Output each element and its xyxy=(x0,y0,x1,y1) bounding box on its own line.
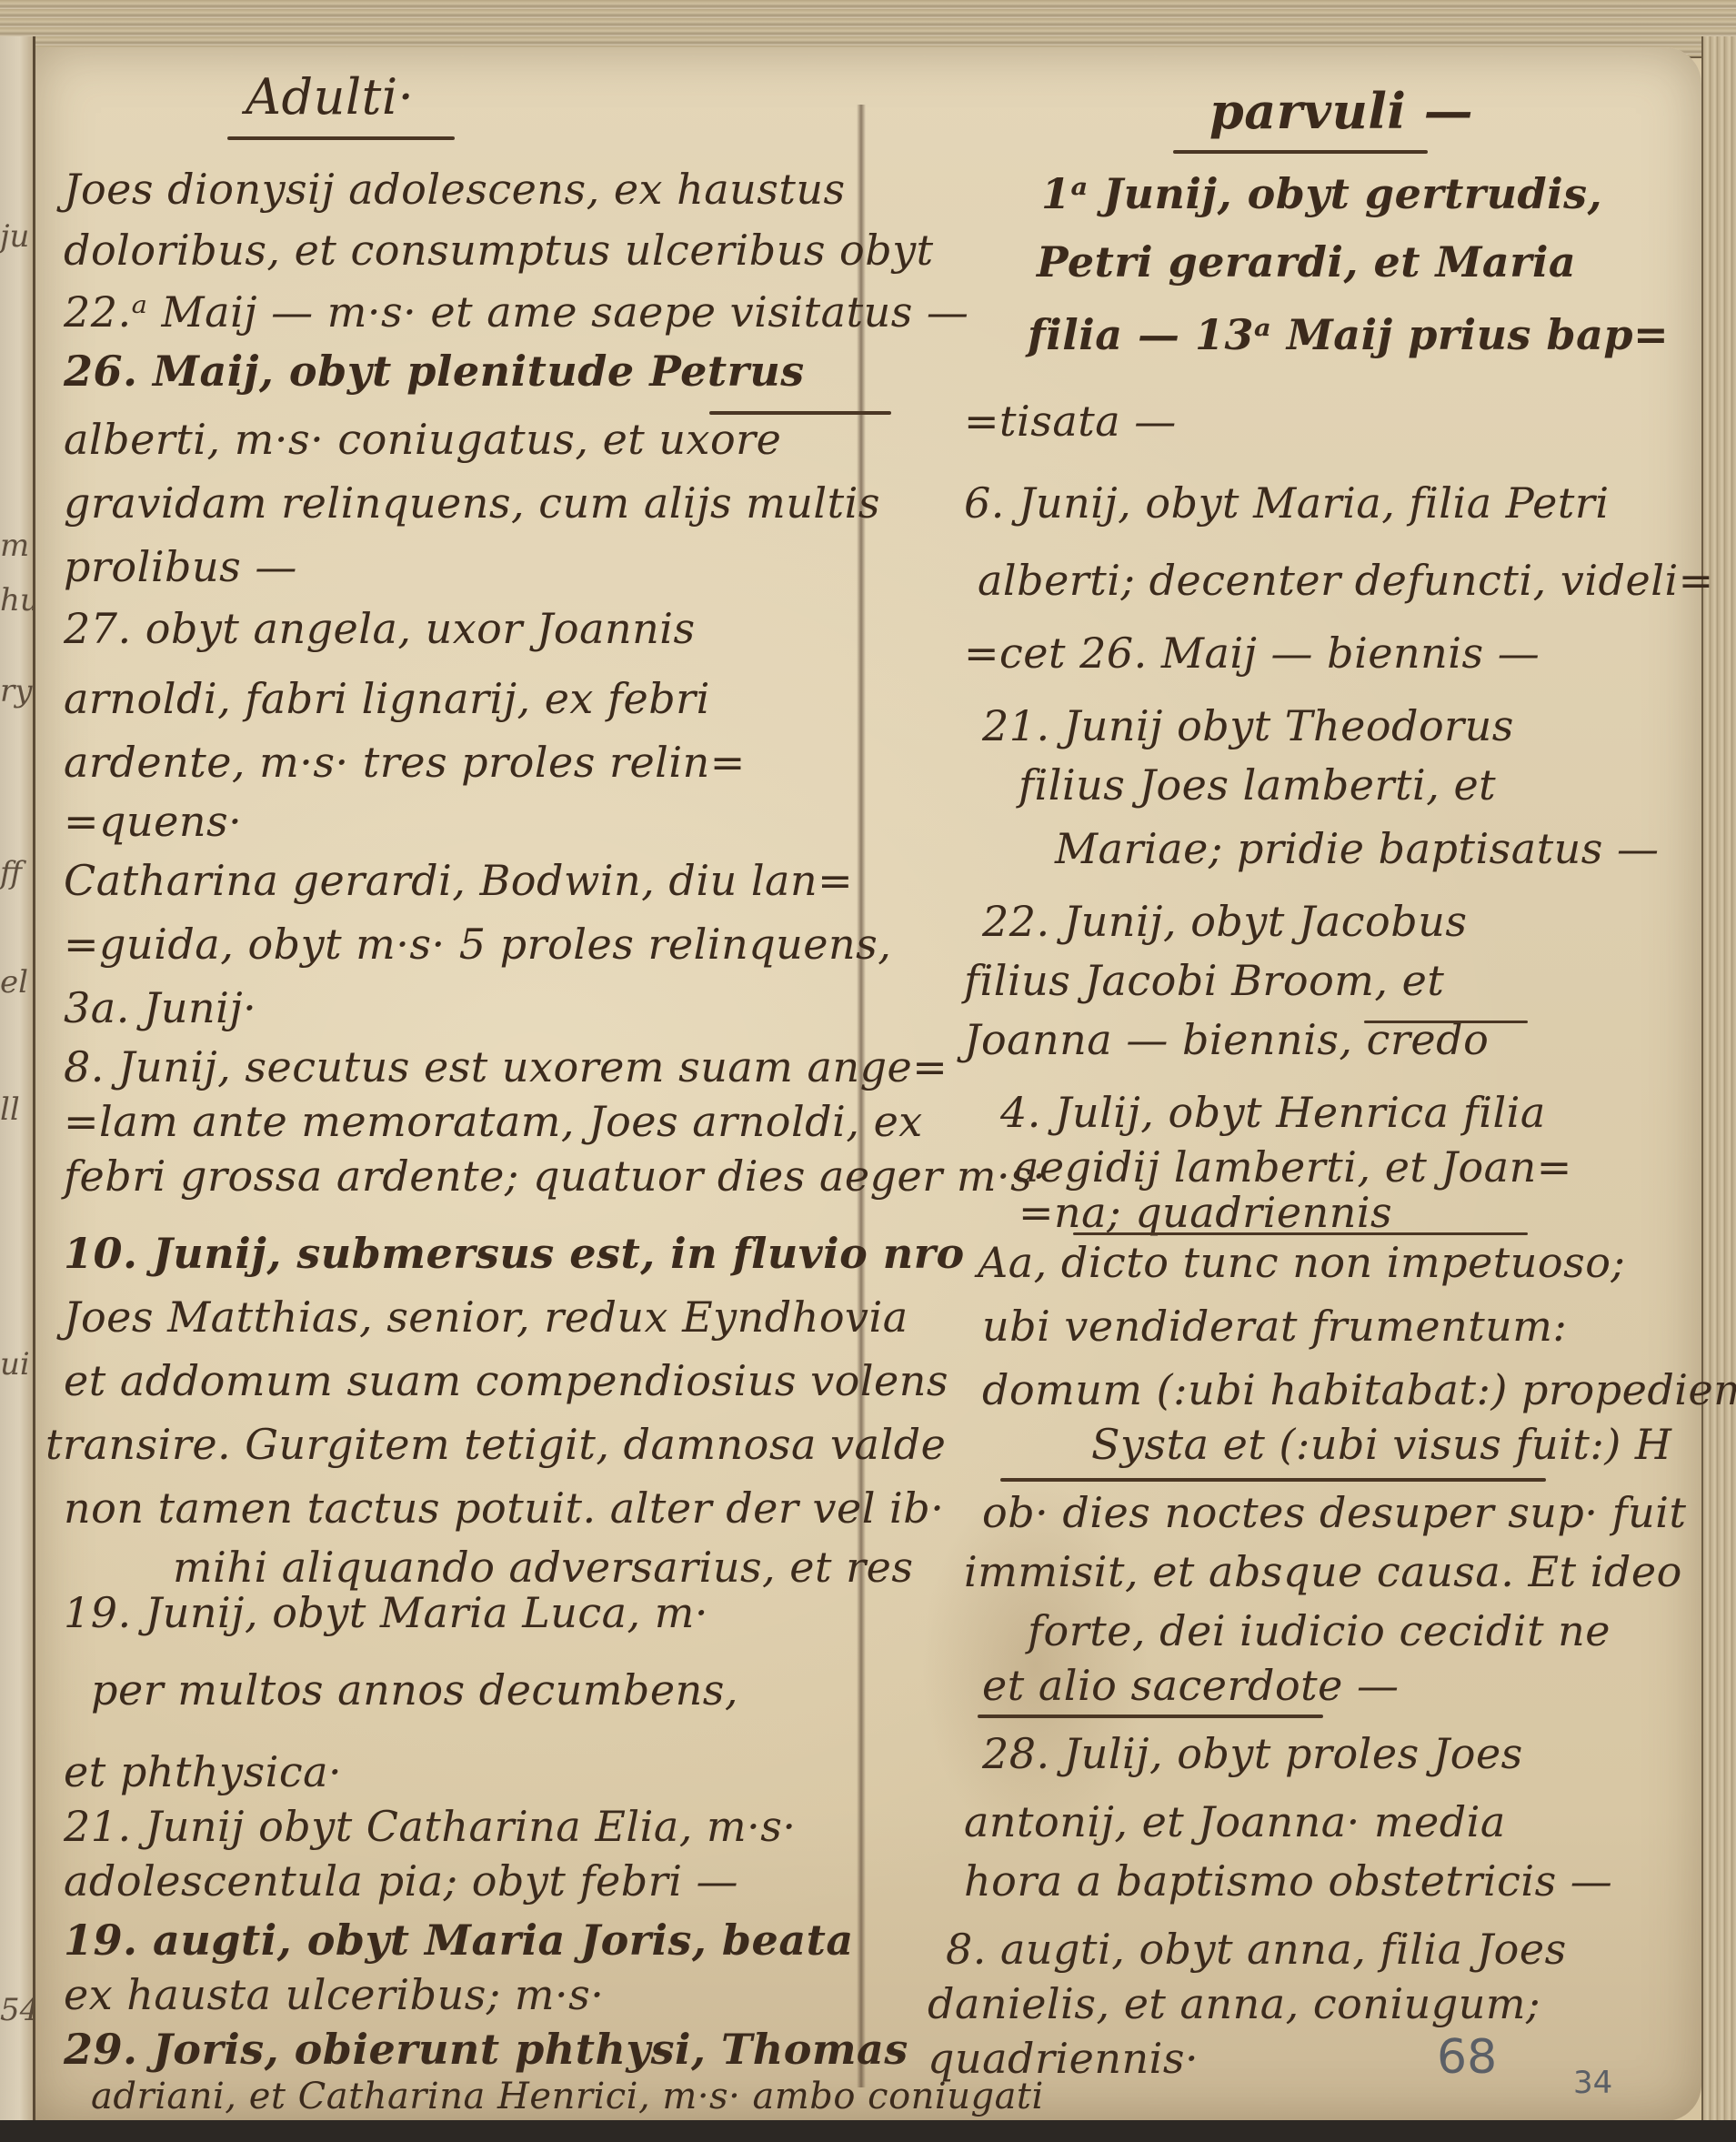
entry-line: Systa et (:ubi visus fuit:) H xyxy=(1091,1423,1672,1465)
entry-line: Mariae; pridie baptisatus — xyxy=(1055,828,1660,870)
entry-line: quadriennis· xyxy=(928,2037,1199,2079)
entry-line: adriani, et Catharina Henrici, m·s· ambo… xyxy=(91,2078,1044,2115)
entry-line: =tisata — xyxy=(964,400,1177,442)
entry-line: Catharina gerardi, Bodwin, diu lan= xyxy=(64,860,853,901)
entry-line: Joanna — biennis, credo xyxy=(964,1019,1489,1061)
entry-line: =guida, obyt m·s· 5 proles relinquens, xyxy=(64,923,891,965)
entry-line: 19. augti, obyt Maria Joris, beata xyxy=(64,1919,854,1961)
entry-line: immisit, et absque causa. Et ideo xyxy=(964,1551,1682,1593)
entry-line: transire. Gurgitem tetigit, damnosa vald… xyxy=(45,1423,946,1465)
entry-line: =quens· xyxy=(64,800,242,842)
entry-line: adolescentula pia; obyt febri — xyxy=(64,1860,738,1902)
separator-rule xyxy=(1000,1478,1546,1482)
entry-line: 21. Junij obyt Theodorus xyxy=(982,705,1514,747)
column-divider xyxy=(857,105,866,2087)
entry-line: 8. Junij, secutus est uxorem suam ange= xyxy=(64,1046,948,1088)
entry-line: et addomum suam compendiosius volens xyxy=(64,1360,948,1402)
entry-line: 28. Julij, obyt proles Joes xyxy=(982,1733,1523,1775)
entry-line: ubi vendiderat frumentum: xyxy=(982,1305,1567,1347)
page-number-secondary: 34 xyxy=(1573,2065,1612,2101)
entry-line: 27. obyt angela, uxor Joannis xyxy=(64,608,696,649)
entry-line: =cet 26. Maij — biennis — xyxy=(964,632,1540,674)
entry-line: Joes Matthias, senior, redux Eyndhovia xyxy=(64,1296,908,1338)
entry-line: hora a baptismo obstetricis — xyxy=(964,1860,1612,1902)
entry-line: per multos annos decumbens, xyxy=(91,1669,738,1711)
entry-line: ob· dies noctes desuper sup· fuit xyxy=(982,1492,1686,1534)
entry-line: 1ᵃ Junij, obyt gertrudis, xyxy=(1041,173,1602,215)
entry-line: alberti, m·s· coniugatus, et uxore xyxy=(64,418,781,460)
parvuli-heading: parvuli — xyxy=(1209,86,1473,136)
entry-line: non tamen tactus potuit. alter der vel i… xyxy=(64,1487,944,1529)
entry-line: filius Joes lamberti, et xyxy=(1019,764,1496,806)
entry-line: 8. augti, obyt anna, filia Joes xyxy=(946,1928,1567,1970)
entry-line: et phthysica· xyxy=(64,1751,342,1793)
heading-underline xyxy=(1173,150,1428,154)
entry-line: domum (:ubi habitabat:) propediem xyxy=(982,1369,1736,1411)
entry-line: =lam ante memoratam, Joes arnoldi, ex xyxy=(64,1101,923,1142)
entry-line: gravidam relinquens, cum alijs multis xyxy=(64,482,880,524)
page-block-right-edge xyxy=(1701,36,1736,2128)
entry-line: 4. Julij, obyt Henrica filia xyxy=(1000,1091,1546,1133)
entry-line: 22.ᵃ Maij — m·s· et ame saepe visitatus … xyxy=(64,291,968,333)
entry-line: arnoldi, fabri lignarij, ex febri xyxy=(64,678,710,719)
entry-line: ardente, m·s· tres proles relin= xyxy=(64,741,746,783)
entry-line: 26. Maij, obyt plenitude Petrus xyxy=(64,350,805,392)
entry-line: 6. Junij, obyt Maria, filia Petri xyxy=(964,482,1610,524)
entry-line: 19. Junij, obyt Maria Luca, m· xyxy=(64,1592,708,1634)
entry-line: ex hausta ulceribus; m·s· xyxy=(64,1974,604,2016)
entry-line: doloribus, et consumptus ulceribus obyt xyxy=(64,229,934,271)
adulti-heading: Adulti· xyxy=(246,73,414,122)
entry-line: mihi aliquando adversarius, et res xyxy=(173,1546,913,1588)
entry-line: 29. Joris, obierunt phthysi, Thomas xyxy=(64,2028,908,2070)
heading-underline xyxy=(227,136,455,140)
entry-line: filia — 13ᵃ Maij prius bap= xyxy=(1028,314,1669,356)
entry-line: filius Jacobi Broom, et xyxy=(964,960,1444,1001)
entry-line: 22. Junij, obyt Jacobus xyxy=(982,900,1467,942)
separator-rule xyxy=(1073,1232,1528,1235)
page-number-primary: 68 xyxy=(1437,2030,1497,2085)
adjacent-page-strip: ju m hu ry ff el ll ui 54 xyxy=(0,36,35,2128)
entry-line: Petri gerardi, et Maria xyxy=(1037,241,1576,283)
entry-line: forte, dei iudicio cecidit ne xyxy=(1028,1610,1611,1652)
entry-line: prolibus — xyxy=(64,546,297,588)
entry-line: febri grossa ardente; quatuor dies aeger… xyxy=(64,1155,1046,1197)
entry-line: et alio sacerdote — xyxy=(982,1664,1399,1706)
manuscript-scan: ju m hu ry ff el ll ui 54 Adulti· Joes d… xyxy=(0,0,1736,2142)
scan-bottom-border xyxy=(0,2120,1736,2142)
entry-line: 10. Junij, submersus est, in fluvio nro xyxy=(64,1232,965,1274)
separator-rule xyxy=(1364,1021,1528,1023)
entry-line: Aa, dicto tunc non impetuoso; xyxy=(978,1242,1625,1283)
entry-line: Joes dionysij adolescens, ex haustus xyxy=(64,168,846,210)
entry-line: =na; quadriennis xyxy=(1019,1192,1392,1233)
entry-line: 3a. Junij· xyxy=(64,987,256,1029)
entry-line: antonij, et Joanna· media xyxy=(964,1801,1506,1843)
entry-line: danielis, et anna, coniugum; xyxy=(928,1983,1540,2025)
entry-line: 21. Junij obyt Catharina Elia, m·s· xyxy=(64,1805,796,1847)
entry-line: alberti; decenter defuncti, videli= xyxy=(978,559,1714,601)
entry-line: aegidij lamberti, et Joan= xyxy=(1014,1146,1572,1188)
separator-rule xyxy=(978,1715,1323,1718)
